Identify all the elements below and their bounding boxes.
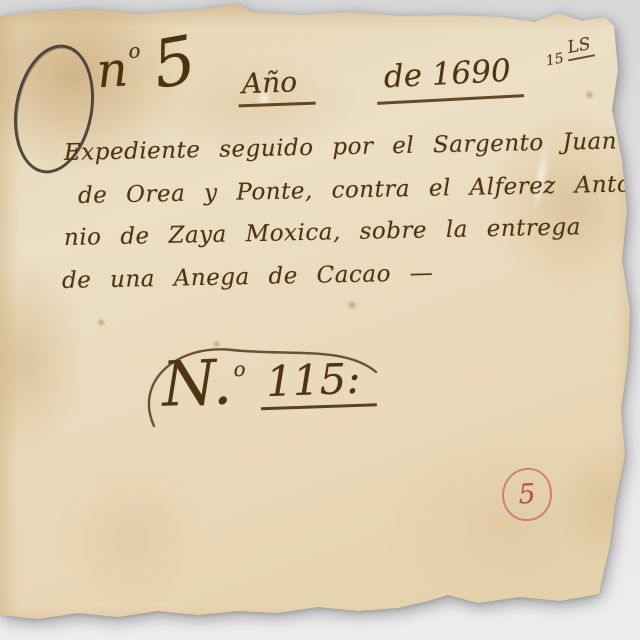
corner-notation: 15 LS <box>543 38 595 70</box>
torn-edge-tint <box>0 0 640 640</box>
red-circle-stamp: 5 <box>500 466 554 522</box>
header-number: n o 5 <box>94 23 197 96</box>
corner-notation-second: LS <box>564 34 595 62</box>
header-number-superscript: o <box>127 38 141 63</box>
file-number-value: 115: <box>259 357 377 410</box>
file-number-letter: N. <box>161 351 233 415</box>
body-line-3: nio de Zaya Moxica, sobre la entrega <box>64 214 581 251</box>
red-circle-number: 5 <box>517 478 536 510</box>
stain-bottom-left <box>55 460 205 610</box>
paper-shadow: n o 5 15 LS Año de 1690 Expediente segui… <box>0 0 640 640</box>
header-number-letter: n <box>95 45 129 95</box>
document-paper: n o 5 15 LS Año de 1690 Expediente segui… <box>0 0 640 640</box>
photo-background: n o 5 15 LS Año de 1690 Expediente segui… <box>0 0 640 640</box>
file-number: N. o 115: <box>161 346 377 415</box>
header-number-digit: 5 <box>148 27 201 99</box>
body-line-1: Expediente seguido por el Sargento Juan … <box>64 128 640 166</box>
file-number-superscript: o <box>233 357 246 381</box>
body-line-4: de una Anega de Cacao — <box>62 260 434 294</box>
foxing-spot <box>346 300 358 310</box>
stain-bottom-right <box>380 430 630 610</box>
year-value: de 1690 <box>375 52 524 105</box>
year-label: Año <box>237 65 315 108</box>
body-line-2: de Orea y Ponte, contra el Alferez Anto … <box>78 171 640 209</box>
corner-notation-first: 15 <box>545 50 566 69</box>
foxing-spot <box>96 318 106 327</box>
stain-right-lower <box>555 430 640 570</box>
foxing-spot <box>584 90 595 100</box>
